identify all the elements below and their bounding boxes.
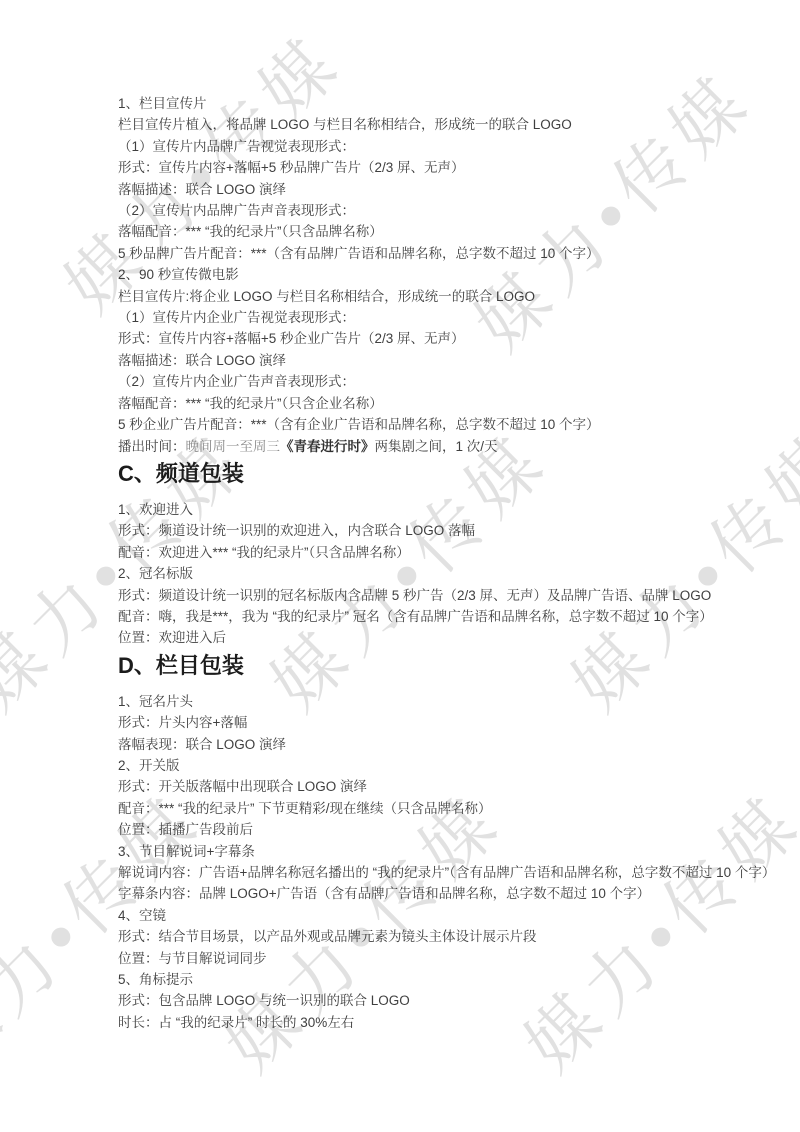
- text-line: （2）宣传片内品牌广告声音表现形式：: [118, 200, 780, 221]
- text-line: 3、节目解说词+字幕条: [118, 841, 780, 862]
- text-line: 4、空镜: [118, 905, 780, 926]
- text-line: 1、栏目宣传片: [118, 93, 780, 114]
- text-line: 配音：*** “我的纪录片” 下节更精彩/现在继续（只含品牌名称）: [118, 798, 780, 819]
- text-segment: 播出时间：: [118, 439, 186, 454]
- text-segment: 晚间周一至周三: [186, 439, 281, 454]
- text-line: 位置：与节目解说词同步: [118, 948, 780, 969]
- text-line: （1）宣传片内企业广告视觉表现形式：: [118, 307, 780, 328]
- text-line: 2、开关版: [118, 755, 780, 776]
- text-line: 5 秒品牌广告片配音：***（含有品牌广告语和品牌名称，总字数不超过 10 个字…: [118, 243, 780, 264]
- text-line: 配音：嗨，我是***，我为 “我的纪录片” 冠名（含有品牌广告语和品牌名称，总字…: [118, 606, 780, 627]
- text-line: 落幅描述：联合 LOGO 演绎: [118, 350, 780, 371]
- section-heading: D、栏目包装: [118, 653, 780, 679]
- text-line: 形式：包含品牌 LOGO 与统一识别的联合 LOGO: [118, 990, 780, 1011]
- text-line: 字幕条内容：品牌 LOGO+广告语（含有品牌广告语和品牌名称，总字数不超过 10…: [118, 883, 780, 904]
- text-line: （2）宣传片内企业广告声音表现形式：: [118, 371, 780, 392]
- text-line: 形式：频道设计统一识别的欢迎进入，内含联合 LOGO 落幅: [118, 520, 780, 541]
- document-page: 媒力•传媒媒力•传媒媒力•传媒媒力•传媒媒力•传媒媒力•传媒媒力•传媒媒力•传媒…: [0, 0, 800, 1132]
- text-line: 形式：开关版落幅中出现联合 LOGO 演绎: [118, 776, 780, 797]
- text-line: 形式：结合节目场景，以产品外观或品牌元素为镜头主体设计展示片段: [118, 926, 780, 947]
- document-content: 1、栏目宣传片栏目宣传片植入，将品牌 LOGO 与栏目名称相结合，形成统一的联合…: [118, 93, 780, 1033]
- text-line: 5、角标提示: [118, 969, 780, 990]
- text-line: 栏目宣传片:将企业 LOGO 与栏目名称相结合，形成统一的联合 LOGO: [118, 286, 780, 307]
- text-segment: 两集剧之间，1 次/天: [375, 439, 498, 454]
- text-line: 落幅描述：联合 LOGO 演绎: [118, 179, 780, 200]
- text-line: 1、冠名片头: [118, 691, 780, 712]
- text-line: 位置：插播广告段前后: [118, 819, 780, 840]
- text-line: 时长：占 “我的纪录片” 时长的 30%左右: [118, 1012, 780, 1033]
- text-line: 5 秒企业广告片配音：***（含有企业广告语和品牌名称，总字数不超过 10 个字…: [118, 414, 780, 435]
- text-line: 位置：欢迎进入后: [118, 627, 780, 648]
- text-line: 形式：宣传片内容+落幅+5 秒品牌广告片（2/3 屏、无声）: [118, 157, 780, 178]
- text-line: 落幅表现：联合 LOGO 演绎: [118, 734, 780, 755]
- section-heading: C、频道包装: [118, 461, 780, 487]
- text-line: 播出时间：晚间周一至周三《青春进行时》两集剧之间，1 次/天: [118, 436, 780, 457]
- text-line: 解说词内容：广告语+品牌名称冠名播出的 “我的纪录片”（含有品牌广告语和品牌名称…: [118, 862, 780, 883]
- text-line: 2、冠名标版: [118, 563, 780, 584]
- text-segment: 《青春进行时》: [280, 439, 375, 454]
- text-line: 落幅配音：*** “我的纪录片”（只含品牌名称）: [118, 221, 780, 242]
- text-line: （1）宣传片内品牌广告视觉表现形式：: [118, 136, 780, 157]
- text-line: 落幅配音：*** “我的纪录片”（只含企业名称）: [118, 393, 780, 414]
- text-line: 形式：频道设计统一识别的冠名标版内含品牌 5 秒广告（2/3 屏、无声）及品牌广…: [118, 585, 780, 606]
- text-line: 栏目宣传片植入，将品牌 LOGO 与栏目名称相结合，形成统一的联合 LOGO: [118, 114, 780, 135]
- text-line: 2、90 秒宣传微电影: [118, 264, 780, 285]
- text-line: 1、欢迎进入: [118, 499, 780, 520]
- text-line: 形式：宣传片内容+落幅+5 秒企业广告片（2/3 屏、无声）: [118, 328, 780, 349]
- text-line: 形式：片头内容+落幅: [118, 712, 780, 733]
- text-line: 配音：欢迎进入*** “我的纪录片”（只含品牌名称）: [118, 542, 780, 563]
